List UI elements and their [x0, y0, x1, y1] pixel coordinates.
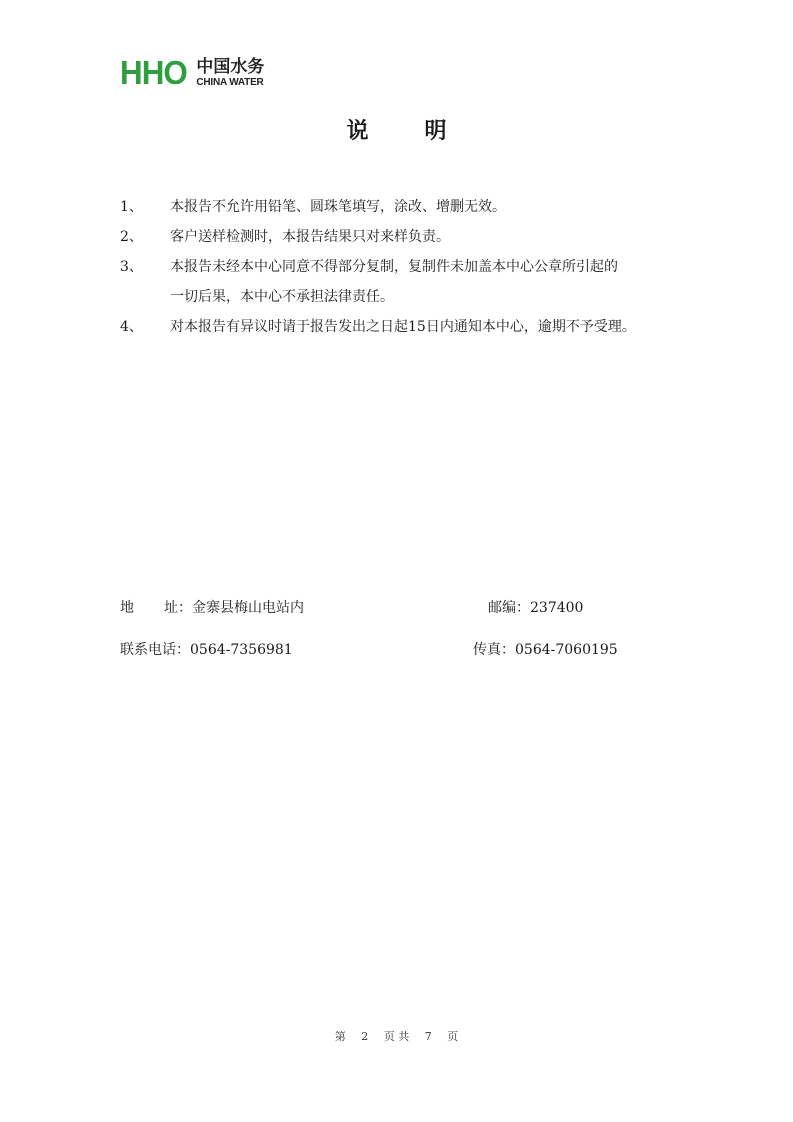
notice-item-4: 4、 对本报告有异议时请于报告发出之日起15日内通知本中心，逾期不予受理。 [120, 316, 720, 346]
postcode-line: 邮编：237400 [488, 597, 583, 617]
fax-line: 传真：0564-7060195 [473, 639, 618, 659]
notice-item-3-continued: 一切后果，本中心不承担法律责任。 [120, 286, 720, 316]
page-title: 说明 [0, 114, 793, 145]
address-value: 金寨县梅山电站内 [192, 600, 304, 616]
logo-mark: HHO [120, 56, 187, 90]
phone-label: 联系电话： [120, 642, 190, 658]
postcode-value: 237400 [530, 600, 583, 616]
fax-value: 0564-7060195 [515, 642, 618, 658]
page-prefix: 第 [335, 1028, 346, 1044]
item-number: 4、 [120, 316, 143, 338]
company-logo: HHO 中国水务 CHINA WATER [120, 56, 264, 90]
address-line: 地址：金寨县梅山电站内 [120, 597, 304, 617]
page-suffix: 页 [447, 1028, 458, 1044]
page-mid: 页 共 [384, 1028, 410, 1044]
address-label-2: 址： [164, 600, 192, 616]
fax-label: 传真： [473, 642, 515, 658]
item-text: 本报告未经本中心同意不得部分复制，复制件未加盖本中心公章所引起的 [170, 256, 618, 278]
logo-text: 中国水务 CHINA WATER [196, 59, 264, 88]
item-number: 3、 [120, 256, 143, 278]
address-label-1: 地 [120, 600, 134, 616]
notice-list: 1、 本报告不允许用铅笔、圆珠笔填写，涂改、增删无效。 2、 客户送样检测时，本… [120, 196, 720, 346]
item-text: 客户送样检测时，本报告结果只对来样负责。 [170, 226, 450, 248]
phone-value: 0564-7356981 [190, 642, 293, 658]
item-text-continued: 一切后果，本中心不承担法律责任。 [170, 286, 394, 308]
logo-english-name: CHINA WATER [196, 78, 264, 88]
page-number: 第 2 页 共 7 页 [0, 1028, 793, 1044]
item-number: 2、 [120, 226, 143, 248]
notice-item-1: 1、 本报告不允许用铅笔、圆珠笔填写，涂改、增删无效。 [120, 196, 720, 226]
phone-line: 联系电话：0564-7356981 [120, 639, 293, 659]
item-number: 1、 [120, 196, 143, 218]
item-text: 本报告不允许用铅笔、圆珠笔填写，涂改、增删无效。 [170, 196, 506, 218]
title-part-2: 明 [425, 114, 447, 145]
item-text: 对本报告有异议时请于报告发出之日起15日内通知本中心，逾期不予受理。 [170, 316, 636, 338]
notice-item-2: 2、 客户送样检测时，本报告结果只对来样负责。 [120, 226, 720, 256]
page-total: 7 [425, 1030, 432, 1043]
notice-item-3: 3、 本报告未经本中心同意不得部分复制，复制件未加盖本中心公章所引起的 [120, 256, 720, 286]
title-part-1: 说 [346, 114, 368, 145]
page-current: 2 [361, 1030, 368, 1043]
postcode-label: 邮编： [488, 600, 530, 616]
logo-chinese-name: 中国水务 [196, 59, 264, 76]
